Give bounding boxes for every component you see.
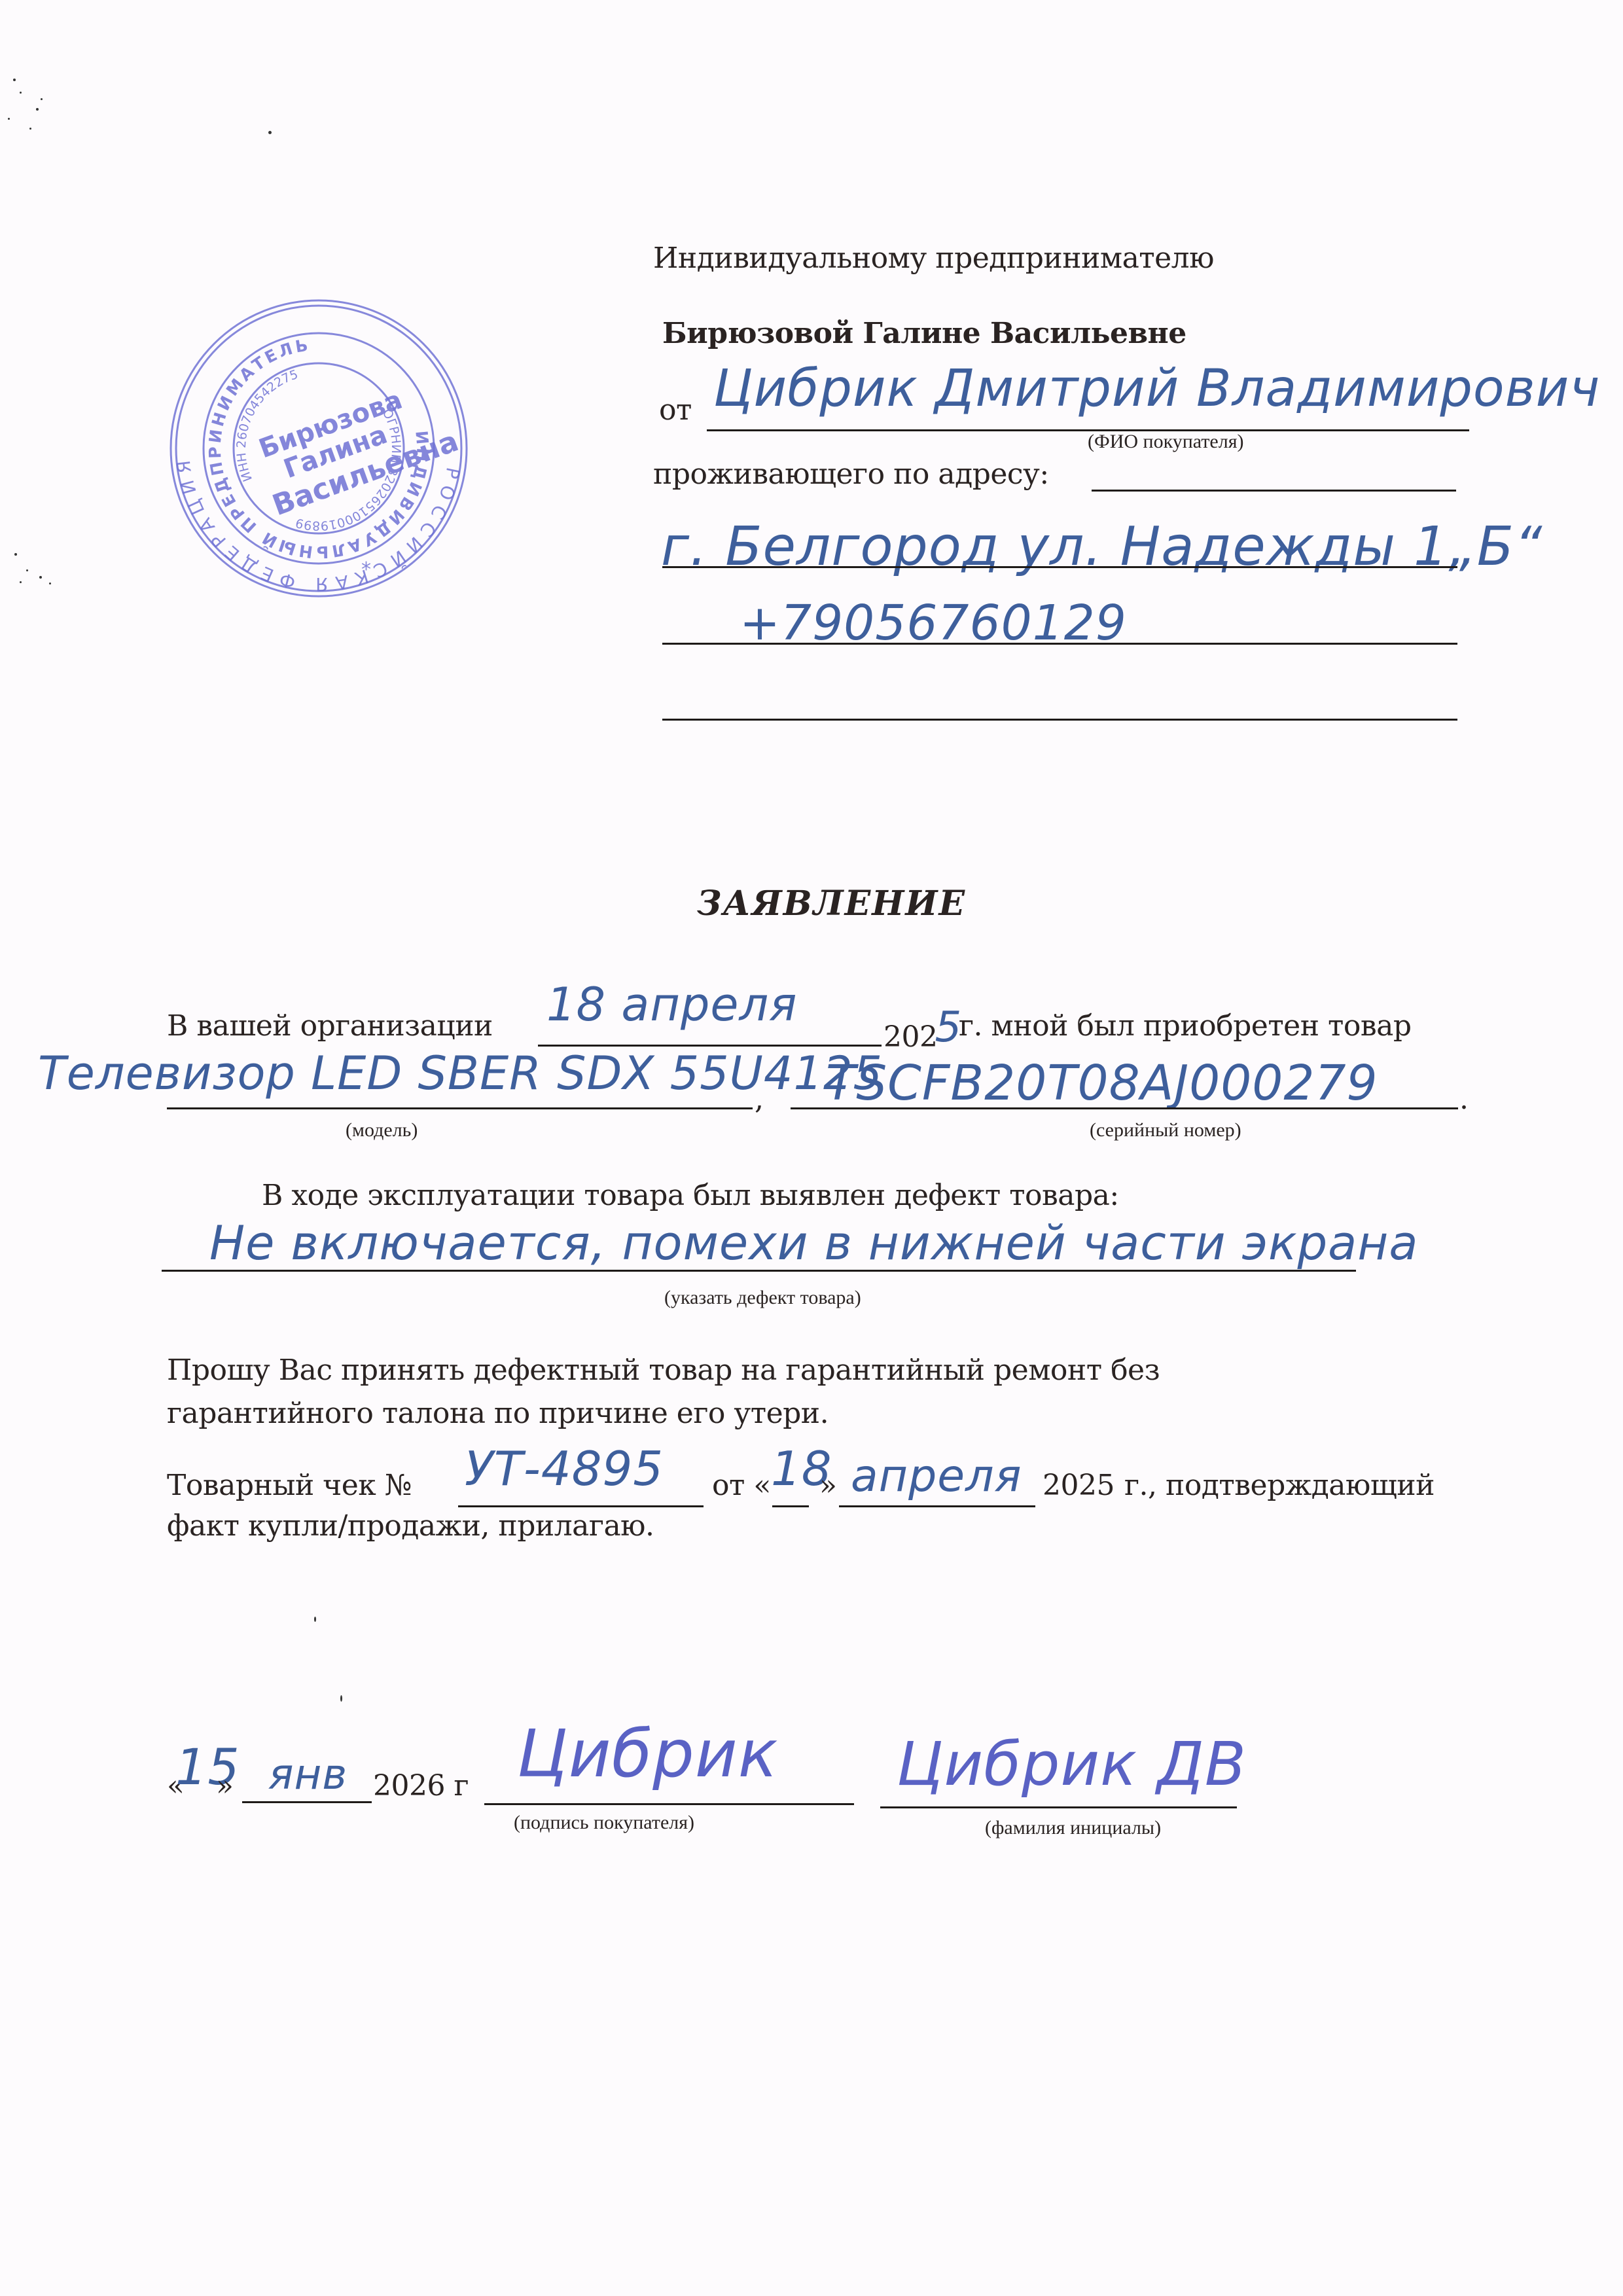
defect-intro: В ходе эксплуатации товара был выявлен д… — [262, 1181, 1119, 1210]
serial-period: . — [1459, 1085, 1469, 1114]
address-field-2[interactable]: +79056760129 — [740, 599, 1127, 647]
defect-field[interactable]: Не включается, помехи в нижней части экр… — [209, 1219, 1418, 1266]
receipt-number-field[interactable]: УТ-4895 — [465, 1445, 664, 1492]
defect-underline — [162, 1270, 1356, 1272]
receipt-number-underline — [458, 1505, 704, 1507]
surname-underline — [880, 1806, 1237, 1808]
sign-quote-close: » — [216, 1772, 233, 1801]
address-underline-2 — [662, 643, 1457, 645]
seal-stamp: РОССИЙСКАЯ ФЕДЕРАЦИЯ ИНДИВИДУАЛЬНЫЙ ПРЕД… — [165, 295, 473, 602]
serial-caption: (серийный номер) — [1090, 1121, 1241, 1140]
recipient-role: Индивидуальному предпринимателю — [653, 244, 1214, 273]
address-underline-3 — [662, 719, 1457, 721]
model-caption: (модель) — [346, 1121, 418, 1140]
receipt-text-after: г., подтверждающий — [1124, 1471, 1435, 1500]
receipt-month-underline — [839, 1505, 1035, 1507]
stamp-star: * — [361, 558, 371, 581]
receipt-day-underline — [772, 1505, 809, 1507]
request-line-2: гарантийного талона по причине его утери… — [167, 1399, 829, 1428]
model-underline — [167, 1107, 753, 1109]
purchase-text-before: В вашей организации — [167, 1012, 493, 1041]
receipt-from: от « — [712, 1471, 771, 1500]
receipt-quote-close: » — [819, 1471, 836, 1500]
signature-underline — [484, 1803, 854, 1805]
receipt-line-2: факт купли/продажи, прилагаю. — [167, 1512, 654, 1541]
surname-caption: (фамилия инициалы) — [985, 1818, 1161, 1838]
from-label: от — [659, 396, 692, 425]
purchase-date-field[interactable]: 18 апреля — [546, 982, 797, 1028]
purchase-year: 2025 — [883, 1012, 962, 1054]
buyer-name-caption: (ФИО покупателя) — [1088, 432, 1244, 452]
recipient-name: Бирюзовой Галине Васильевне — [662, 319, 1186, 348]
request-line-1: Прошу Вас принять дефектный товар на гар… — [167, 1356, 1160, 1385]
purchase-text-after: г. мной был приобретен товар — [959, 1012, 1412, 1041]
purchase-year-printed: 202 — [883, 1020, 937, 1054]
serial-underline — [791, 1107, 1458, 1109]
buyer-surname-initials-field[interactable]: Цибрик ДВ — [897, 1734, 1247, 1795]
buyer-signature-field[interactable]: Цибрик — [517, 1721, 778, 1787]
sign-month-underline — [242, 1801, 372, 1803]
defect-caption: (указать дефект товара) — [664, 1288, 861, 1308]
receipt-month-field[interactable]: апреля — [851, 1454, 1022, 1499]
sign-month-field[interactable]: янв — [268, 1754, 348, 1796]
receipt-label: Товарный чек № — [167, 1471, 412, 1500]
address-label: проживающего по адресу: — [653, 460, 1049, 489]
buyer-name-field[interactable]: Цибрик Дмитрий Владимирович — [713, 363, 1600, 414]
serial-number-field[interactable]: TSCFB20T08AJ000279 — [826, 1059, 1378, 1107]
purchase-year-digit: 5 — [935, 1003, 962, 1052]
document-title: ЗАЯВЛЕНИЕ — [697, 884, 966, 924]
address-underline-1 — [662, 566, 1457, 568]
signature-caption: (подпись покупателя) — [514, 1813, 694, 1833]
sign-year: 2026 г — [373, 1772, 469, 1801]
model-comma: , — [755, 1085, 764, 1114]
receipt-year: 2025 — [1043, 1471, 1115, 1500]
address-underline-0 — [1092, 490, 1456, 492]
